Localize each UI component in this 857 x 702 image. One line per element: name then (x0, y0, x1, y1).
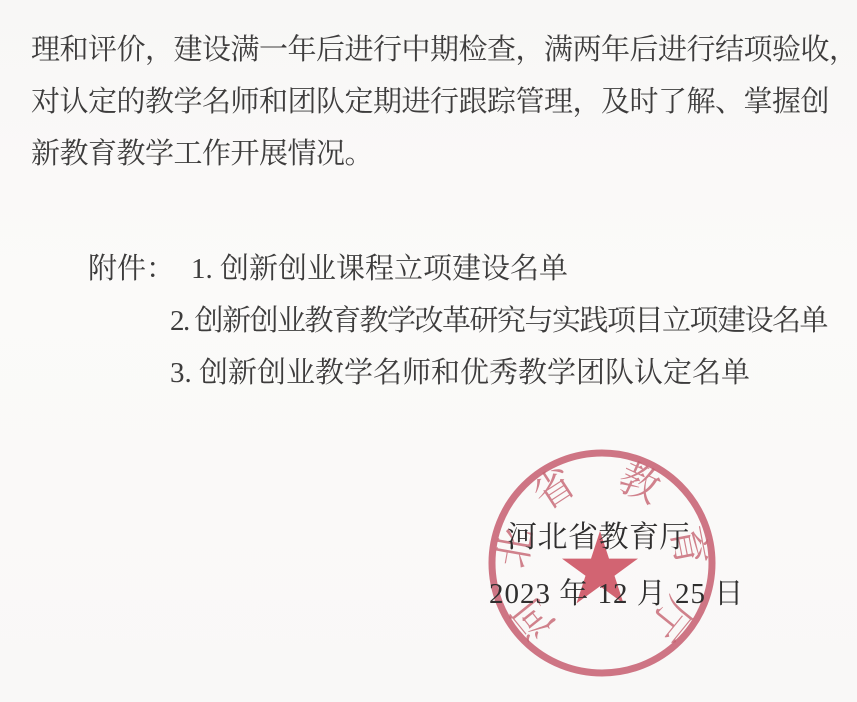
body-line-1: 理和评价，建设满一年后进行中期检查，满两年后进行结项验收， (31, 24, 846, 76)
body-paragraph: 理和评价，建设满一年后进行中期检查，满两年后进行结项验收， 对认定的教学名师和团… (31, 24, 846, 180)
document-date: 2023 年 12 月 25 日 (489, 577, 744, 611)
seal-ring-char: 教 (612, 454, 667, 512)
document-page: 理和评价，建设满一年后进行中期检查，满两年后进行结项验收， 对认定的教学名师和团… (0, 0, 857, 702)
attachment-item-2: 2. 创新创业教育教学改革研究与实践项目立项建设名单 (170, 295, 827, 347)
seal-ring-char: 省 (525, 459, 583, 519)
attachments-label: 附件： (88, 253, 175, 285)
body-line-3: 新教育教学工作开展情况。 (31, 128, 846, 180)
attachment-row: 附件：1. 创新创业课程立项建设名单 (88, 243, 568, 295)
body-line-2: 对认定的教学名师和团队定期进行跟踪管理，及时了解、掌握创 (31, 76, 846, 128)
official-seal: 河 北 省 教 育 厅 (472, 433, 732, 693)
attachment-item-3: 3. 创新创业教学名师和优秀教学团队认定名单 (170, 347, 750, 399)
attachment-item-1: 1. 创新创业课程立项建设名单 (191, 253, 568, 285)
issuer-name: 河北省教育厅 (507, 521, 690, 555)
